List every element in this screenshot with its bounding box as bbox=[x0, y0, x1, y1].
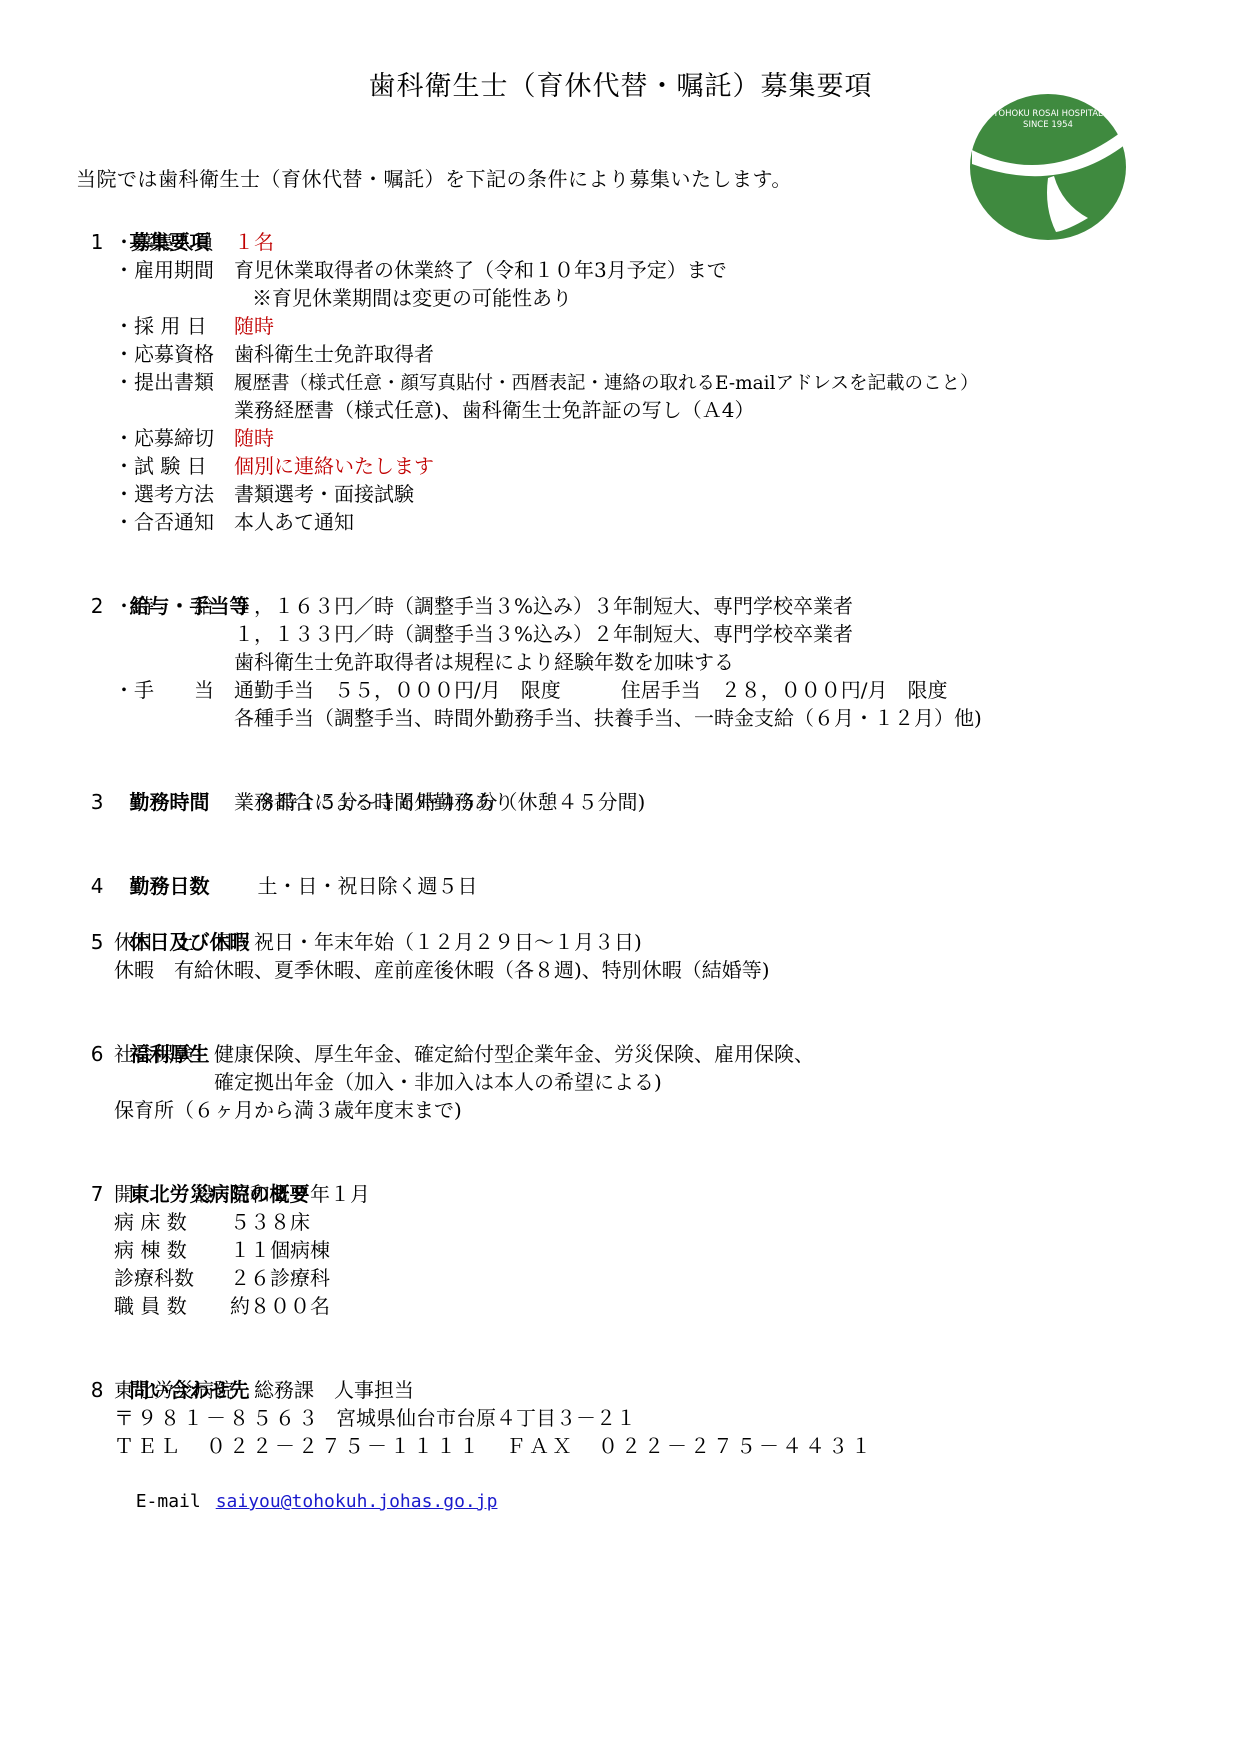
hospital-logo: TOHOKU ROSAI HOSPITAL SINCE 1954 bbox=[968, 92, 1128, 242]
employment-period-note: ※育児休業期間は変更の可能性あり bbox=[252, 284, 572, 312]
selection-method-row: ・選考方法書類選考・面接試験 bbox=[114, 480, 414, 508]
exam-date-row: ・試 験 日個別に連絡いたします bbox=[114, 452, 434, 480]
svg-text:TOHOKU ROSAI HOSPITAL: TOHOKU ROSAI HOSPITAL bbox=[992, 109, 1103, 119]
wage-row-2: １，１３３円／時（調整手当３%込み）２年制短大、専門学校卒業者 bbox=[234, 620, 853, 648]
intro-text: 当院では歯科衛生士（育休代替・嘱託）を下記の条件により募集いたします。 bbox=[76, 163, 792, 192]
deadline-row: ・応募締切随時 bbox=[114, 424, 274, 452]
overview-row: 病 床 数５３８床 bbox=[114, 1208, 310, 1236]
overview-row: 病 棟 数１１個病棟 bbox=[114, 1236, 330, 1264]
logo-icon: TOHOKU ROSAI HOSPITAL SINCE 1954 bbox=[968, 92, 1128, 242]
overview-row: 職 員 数約８００名 bbox=[114, 1292, 330, 1320]
work-hours-note: 業務都合による時間外勤務あり bbox=[234, 788, 514, 816]
allowance-row-2: 各種手当（調整手当、時間外勤務手当、扶養手当、一時金支給（６月・１２月）他) bbox=[234, 704, 982, 732]
documents-row-2: 業務経歴書（様式任意)、歯科衛生士免許証の写し（Ａ4） bbox=[234, 396, 755, 424]
employment-period-row: ・雇用期間育児休業取得者の休業終了（令和１０年3月予定）まで bbox=[114, 256, 727, 284]
contact-phone: ＴＥＬ ０２２－２７５－１１１１ＦＡＸ ０２２－２７５－４４３１ bbox=[114, 1432, 874, 1460]
section-4-heading: 4勤務日数土・日・祝日除く週５日 bbox=[78, 844, 477, 900]
result-notice-row: ・合否通知本人あて通知 bbox=[114, 508, 354, 536]
contact-dept: 東北労災病院 総務課 人事担当 bbox=[114, 1376, 414, 1404]
overview-row: 診療科数２６診療科 bbox=[114, 1264, 330, 1292]
allowance-row: ・手 当通勤手当 ５５，０００円/月 限度 住居手当 ２８，０００円/月 限度 bbox=[114, 676, 947, 704]
documents-row: ・提出書類履歴書（様式任意・顔写真貼付・西暦表記・連絡の取れるE-mailアドレ… bbox=[114, 368, 978, 398]
leave-row: 休暇 有給休暇、夏季休暇、産前産後休暇（各８週)、特別休暇（結婚等) bbox=[114, 956, 770, 984]
wage-note: 歯科衛生士免許取得者は規程により経験年数を加味する bbox=[234, 648, 734, 676]
nursery-row: 保育所（６ヶ月から満３歳年度末まで) bbox=[114, 1096, 462, 1124]
svg-text:SINCE 1954: SINCE 1954 bbox=[1023, 120, 1073, 130]
social-insurance-row-2: 確定拠出年金（加入・非加入は本人の希望による) bbox=[214, 1068, 662, 1096]
email-link[interactable]: saiyou@tohokuh.johas.go.jp bbox=[216, 1491, 498, 1512]
social-insurance-row: 社会保険：健康保険、厚生年金、確定給付型企業年金、労災保険、雇用保険、 bbox=[114, 1040, 814, 1068]
wage-row: ・時 給１，１６３円／時（調整手当３%込み）３年制短大、専門学校卒業者 bbox=[114, 592, 853, 620]
hire-date-row: ・採 用 日随時 bbox=[114, 312, 274, 340]
contact-email-row: E-mailsaiyou@tohokuh.johas.go.jp bbox=[114, 1460, 497, 1516]
overview-row: 開 設昭和２９年１月 bbox=[114, 1180, 370, 1208]
recruit-count-row: ・募集人員１名 bbox=[114, 228, 274, 256]
holidays-row: 休日 土・日・祝日・年末年始（１２月２９日～１月３日) bbox=[114, 928, 642, 956]
contact-address: 〒９８１－８５６３宮城県仙台市台原４丁目３－２１ bbox=[114, 1404, 636, 1432]
qualification-row: ・応募資格歯科衛生士免許取得者 bbox=[114, 340, 434, 368]
